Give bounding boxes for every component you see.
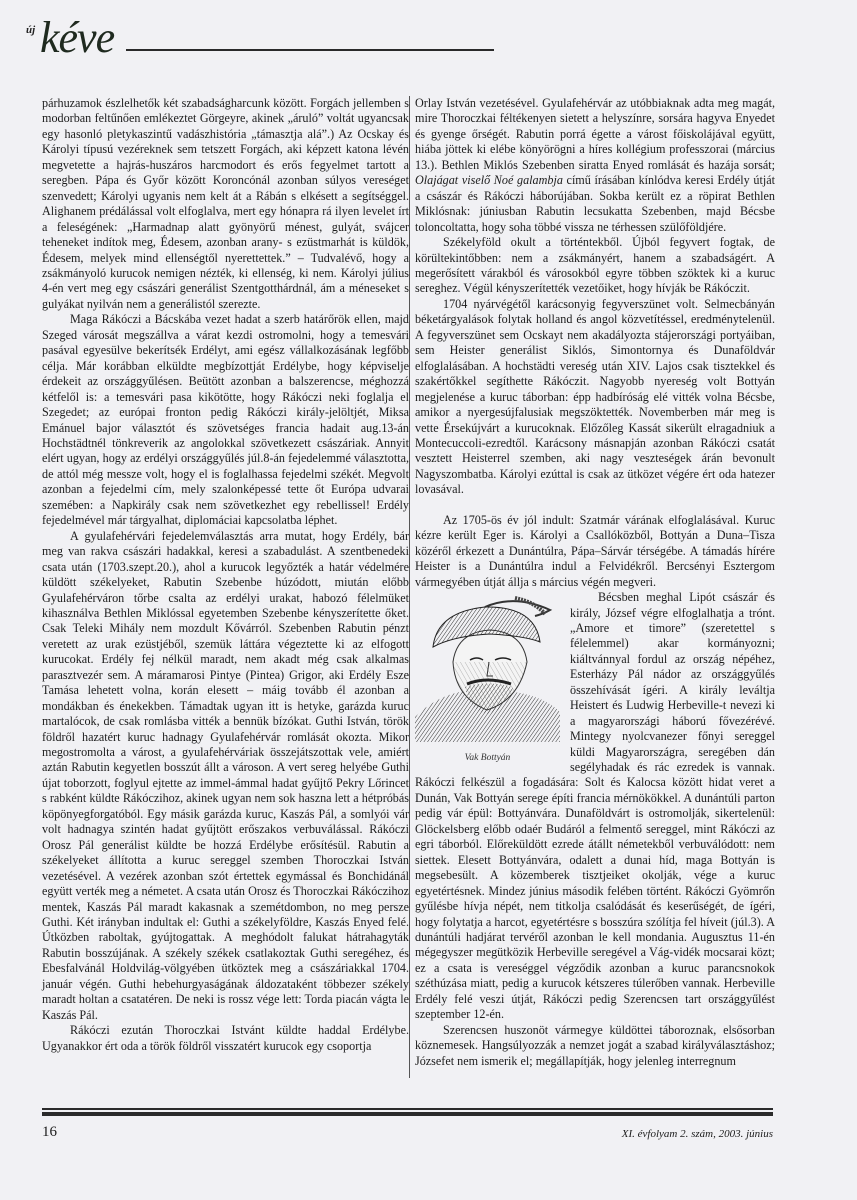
left-column: párhuzamok észlelhetők két szabadságharc… [42, 96, 409, 1054]
masthead: új kéve [26, 20, 474, 70]
paragraph: 1704 nyárvégétől karácsonyig fegyverszün… [415, 297, 775, 498]
page-number: 16 [42, 1124, 57, 1141]
paragraph: Az 1705-ös év jól indult: Szatmár várána… [415, 513, 775, 590]
paragraph: Székelyföld okult a történtekből. Újból … [415, 235, 775, 297]
figure-caption: Vak Bottyán [415, 752, 560, 764]
logo-title: kéve [40, 12, 114, 63]
paragraph: Maga Rákóczi a Bácskába vezet hadat a sz… [42, 312, 409, 528]
issue-info: XI. évfolyam 2. szám, 2003. június [622, 1128, 773, 1140]
paragraph: Szerencsen huszonöt vármegye küldöttei t… [415, 1023, 775, 1069]
figure-portrait: Vak Bottyán [415, 592, 560, 764]
footer-rule-thick [42, 1112, 773, 1116]
right-column: Orlay István vezetésével. Gyulafehérvár … [415, 96, 775, 1069]
paragraph: Rákóczi ezután Thoroczkai Istvánt küldte… [42, 1023, 409, 1054]
paragraph: párhuzamok észlelhetők két szabadságharc… [42, 96, 409, 312]
paragraph: A gyulafehérvári fejedelemválasztás arra… [42, 529, 409, 1024]
paragraph: Orlay István vezetésével. Gyulafehérvár … [415, 96, 775, 235]
book-title: Olajágat viselő Noé galambja [415, 173, 563, 187]
paragraph-text: Orlay István vezetésével. Gyulafehérvár … [415, 96, 775, 172]
column-divider [409, 96, 410, 1078]
logo-small-text: új [26, 24, 35, 36]
portrait-engraving-icon [415, 592, 560, 742]
article-body: párhuzamok észlelhetők két szabadságharc… [42, 96, 816, 1096]
header-rule [126, 49, 494, 51]
footer-rule [42, 1108, 773, 1110]
section-gap [415, 498, 775, 513]
